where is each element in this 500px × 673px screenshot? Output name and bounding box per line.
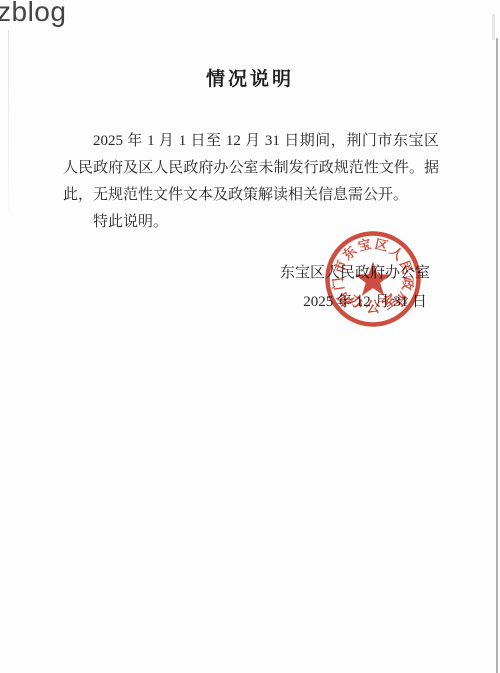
paragraph-main: 2025 年 1 月 1 日至 12 月 31 日期间，荆门市东宝区人民政府及区… <box>63 128 439 209</box>
scan-artifact-corner <box>492 14 495 40</box>
svg-text:区: 区 <box>373 236 389 254</box>
paragraph-closing: 特此说明。 <box>63 209 439 236</box>
signature-block: 东宝区人民政府办公室 2025 年 12 月 31 日 <box>280 259 430 317</box>
signature-date: 2025 年 12 月 31 日 <box>280 288 430 317</box>
svg-text:宝: 宝 <box>356 236 372 254</box>
scanned-document: zblog 情况说明 2025 年 1 月 1 日至 12 月 31 日期间，荆… <box>0 0 500 673</box>
site-watermark: zblog <box>0 0 66 28</box>
scan-artifact-page-edge <box>496 38 498 673</box>
signature-organization: 东宝区人民政府办公室 <box>280 259 430 288</box>
scan-artifact-left-line <box>8 30 9 210</box>
document-title: 情况说明 <box>0 64 500 91</box>
document-body: 2025 年 1 月 1 日至 12 月 31 日期间，荆门市东宝区人民政府及区… <box>63 128 439 236</box>
